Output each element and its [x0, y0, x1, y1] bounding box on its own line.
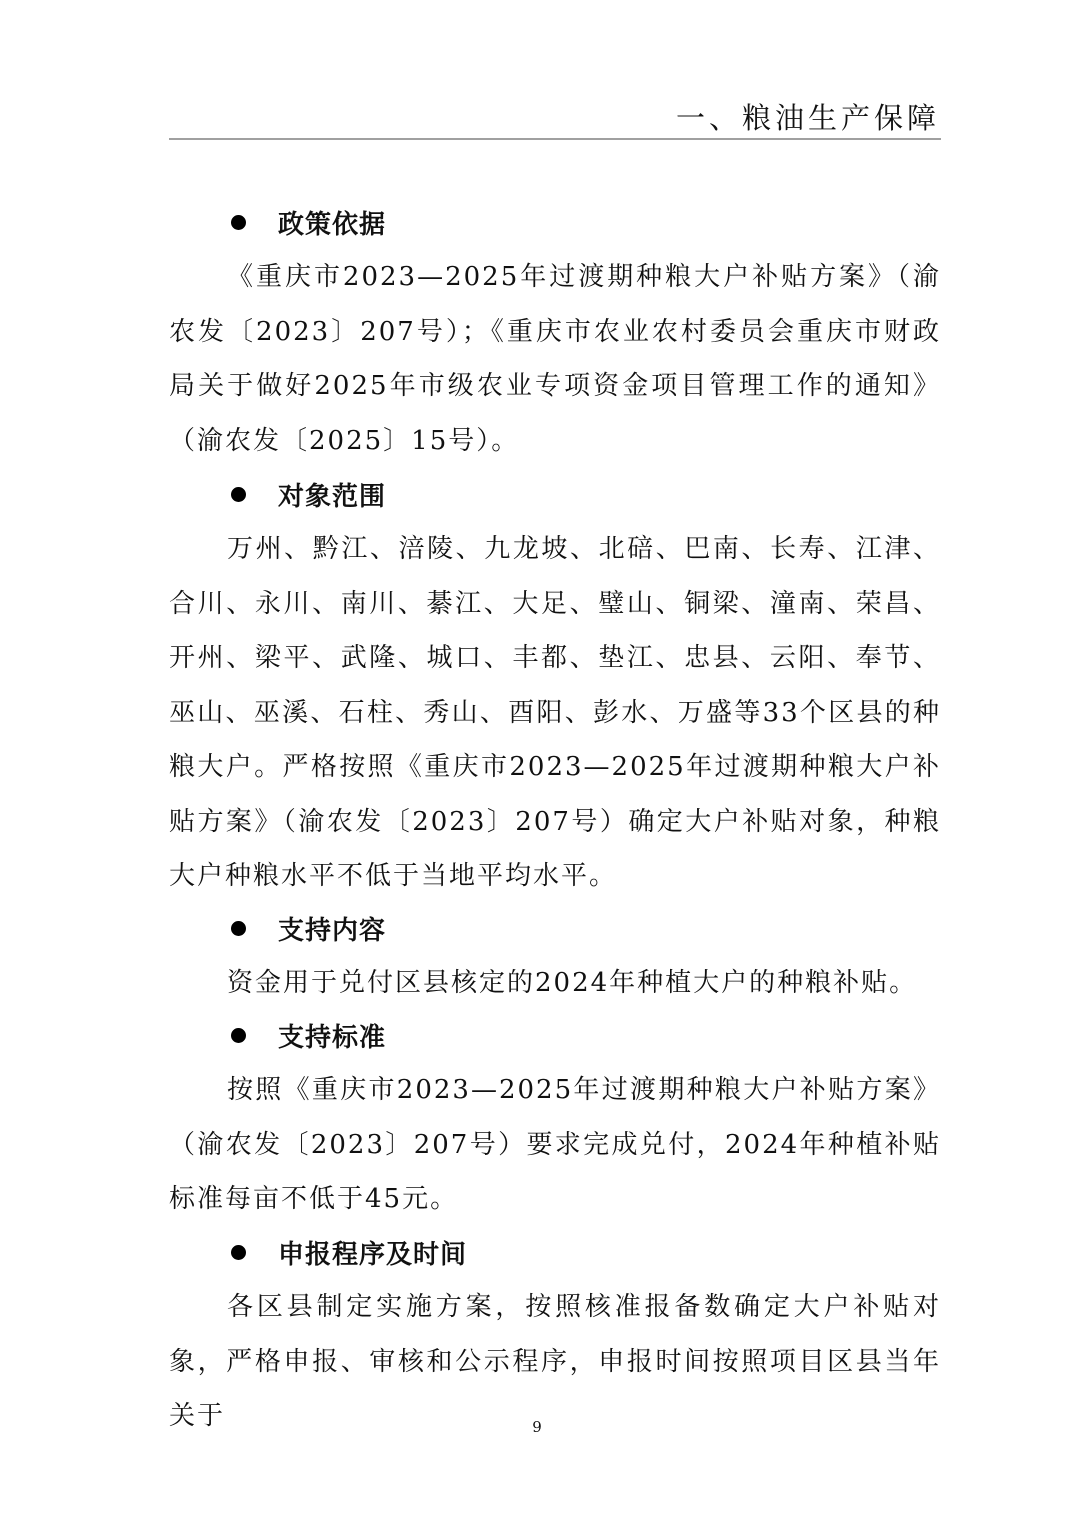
- header-divider: [169, 138, 941, 140]
- bullet-icon: [231, 921, 246, 936]
- section-heading-application-procedure: 申报程序及时间: [169, 1232, 467, 1272]
- bullet-icon: [231, 487, 246, 502]
- section-body-policy-basis: 《重庆市2023—2025年过渡期种粮大户补贴方案》（渝农发〔2023〕207号…: [169, 250, 941, 468]
- bullet-icon: [231, 1245, 246, 1260]
- section-body-scope: 万州、黔江、涪陵、九龙坡、北碚、巴南、长寿、江津、合川、永川、南川、綦江、大足、…: [169, 522, 941, 904]
- section-body-support-standard: 按照《重庆市2023—2025年过渡期种粮大户补贴方案》（渝农发〔2023〕20…: [169, 1063, 941, 1227]
- bullet-icon: [231, 1028, 246, 1043]
- section-heading-support-standard: 支持标准: [169, 1015, 386, 1055]
- section-body-support-content: 资金用于兑付区县核定的2024年种植大户的种粮补贴。: [169, 956, 941, 1011]
- section-heading-scope: 对象范围: [169, 474, 386, 514]
- section-title: 一、粮油生产保障: [676, 96, 940, 137]
- section-heading-support-content: 支持内容: [169, 908, 386, 948]
- bullet-icon: [231, 215, 246, 230]
- page-number: 9: [0, 1418, 1074, 1436]
- section-heading-policy-basis: 政策依据: [169, 202, 386, 242]
